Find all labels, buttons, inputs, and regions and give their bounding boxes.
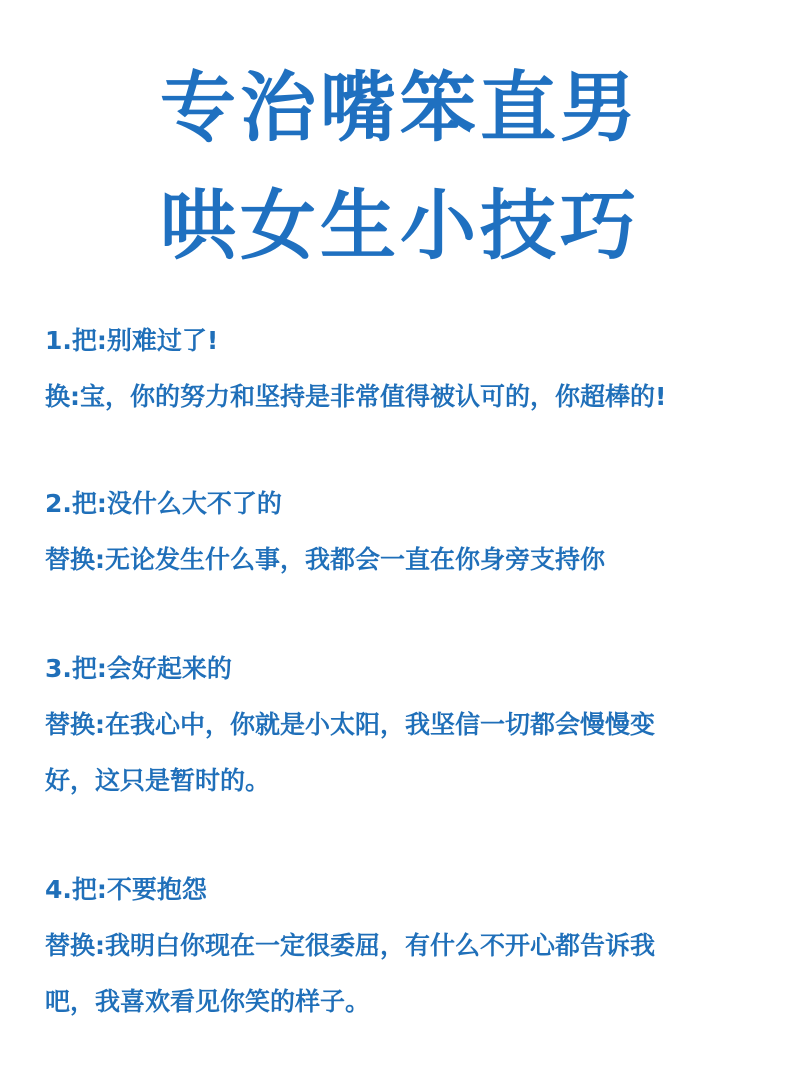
tip-replacement-continued: 好，这只是暂时的。	[45, 768, 270, 793]
tip-original: 4.把:不要抱怨	[45, 877, 207, 902]
tip-replacement-continued: 吧，我喜欢看见你笑的样子。	[45, 989, 370, 1014]
tip-original: 2.把:没什么大不了的	[45, 491, 282, 516]
tip-replacement: 替换:我明白你现在一定很委屈，有什么不开心都告诉我	[45, 933, 655, 958]
tip-replacement: 替换:无论发生什么事，我都会一直在你身旁支持你	[45, 547, 605, 572]
tip-replacement: 替换:在我心中，你就是小太阳，我坚信一切都会慢慢变	[45, 712, 655, 737]
title-line-2: 哄女生小技巧	[0, 188, 800, 264]
tip-original: 3.把:会好起来的	[45, 656, 232, 681]
tip-original: 1.把:别难过了!	[45, 328, 218, 353]
title-line-1: 专治嘴笨直男	[0, 70, 800, 146]
tip-replacement: 换:宝，你的努力和坚持是非常值得被认可的，你超棒的!	[45, 384, 666, 409]
